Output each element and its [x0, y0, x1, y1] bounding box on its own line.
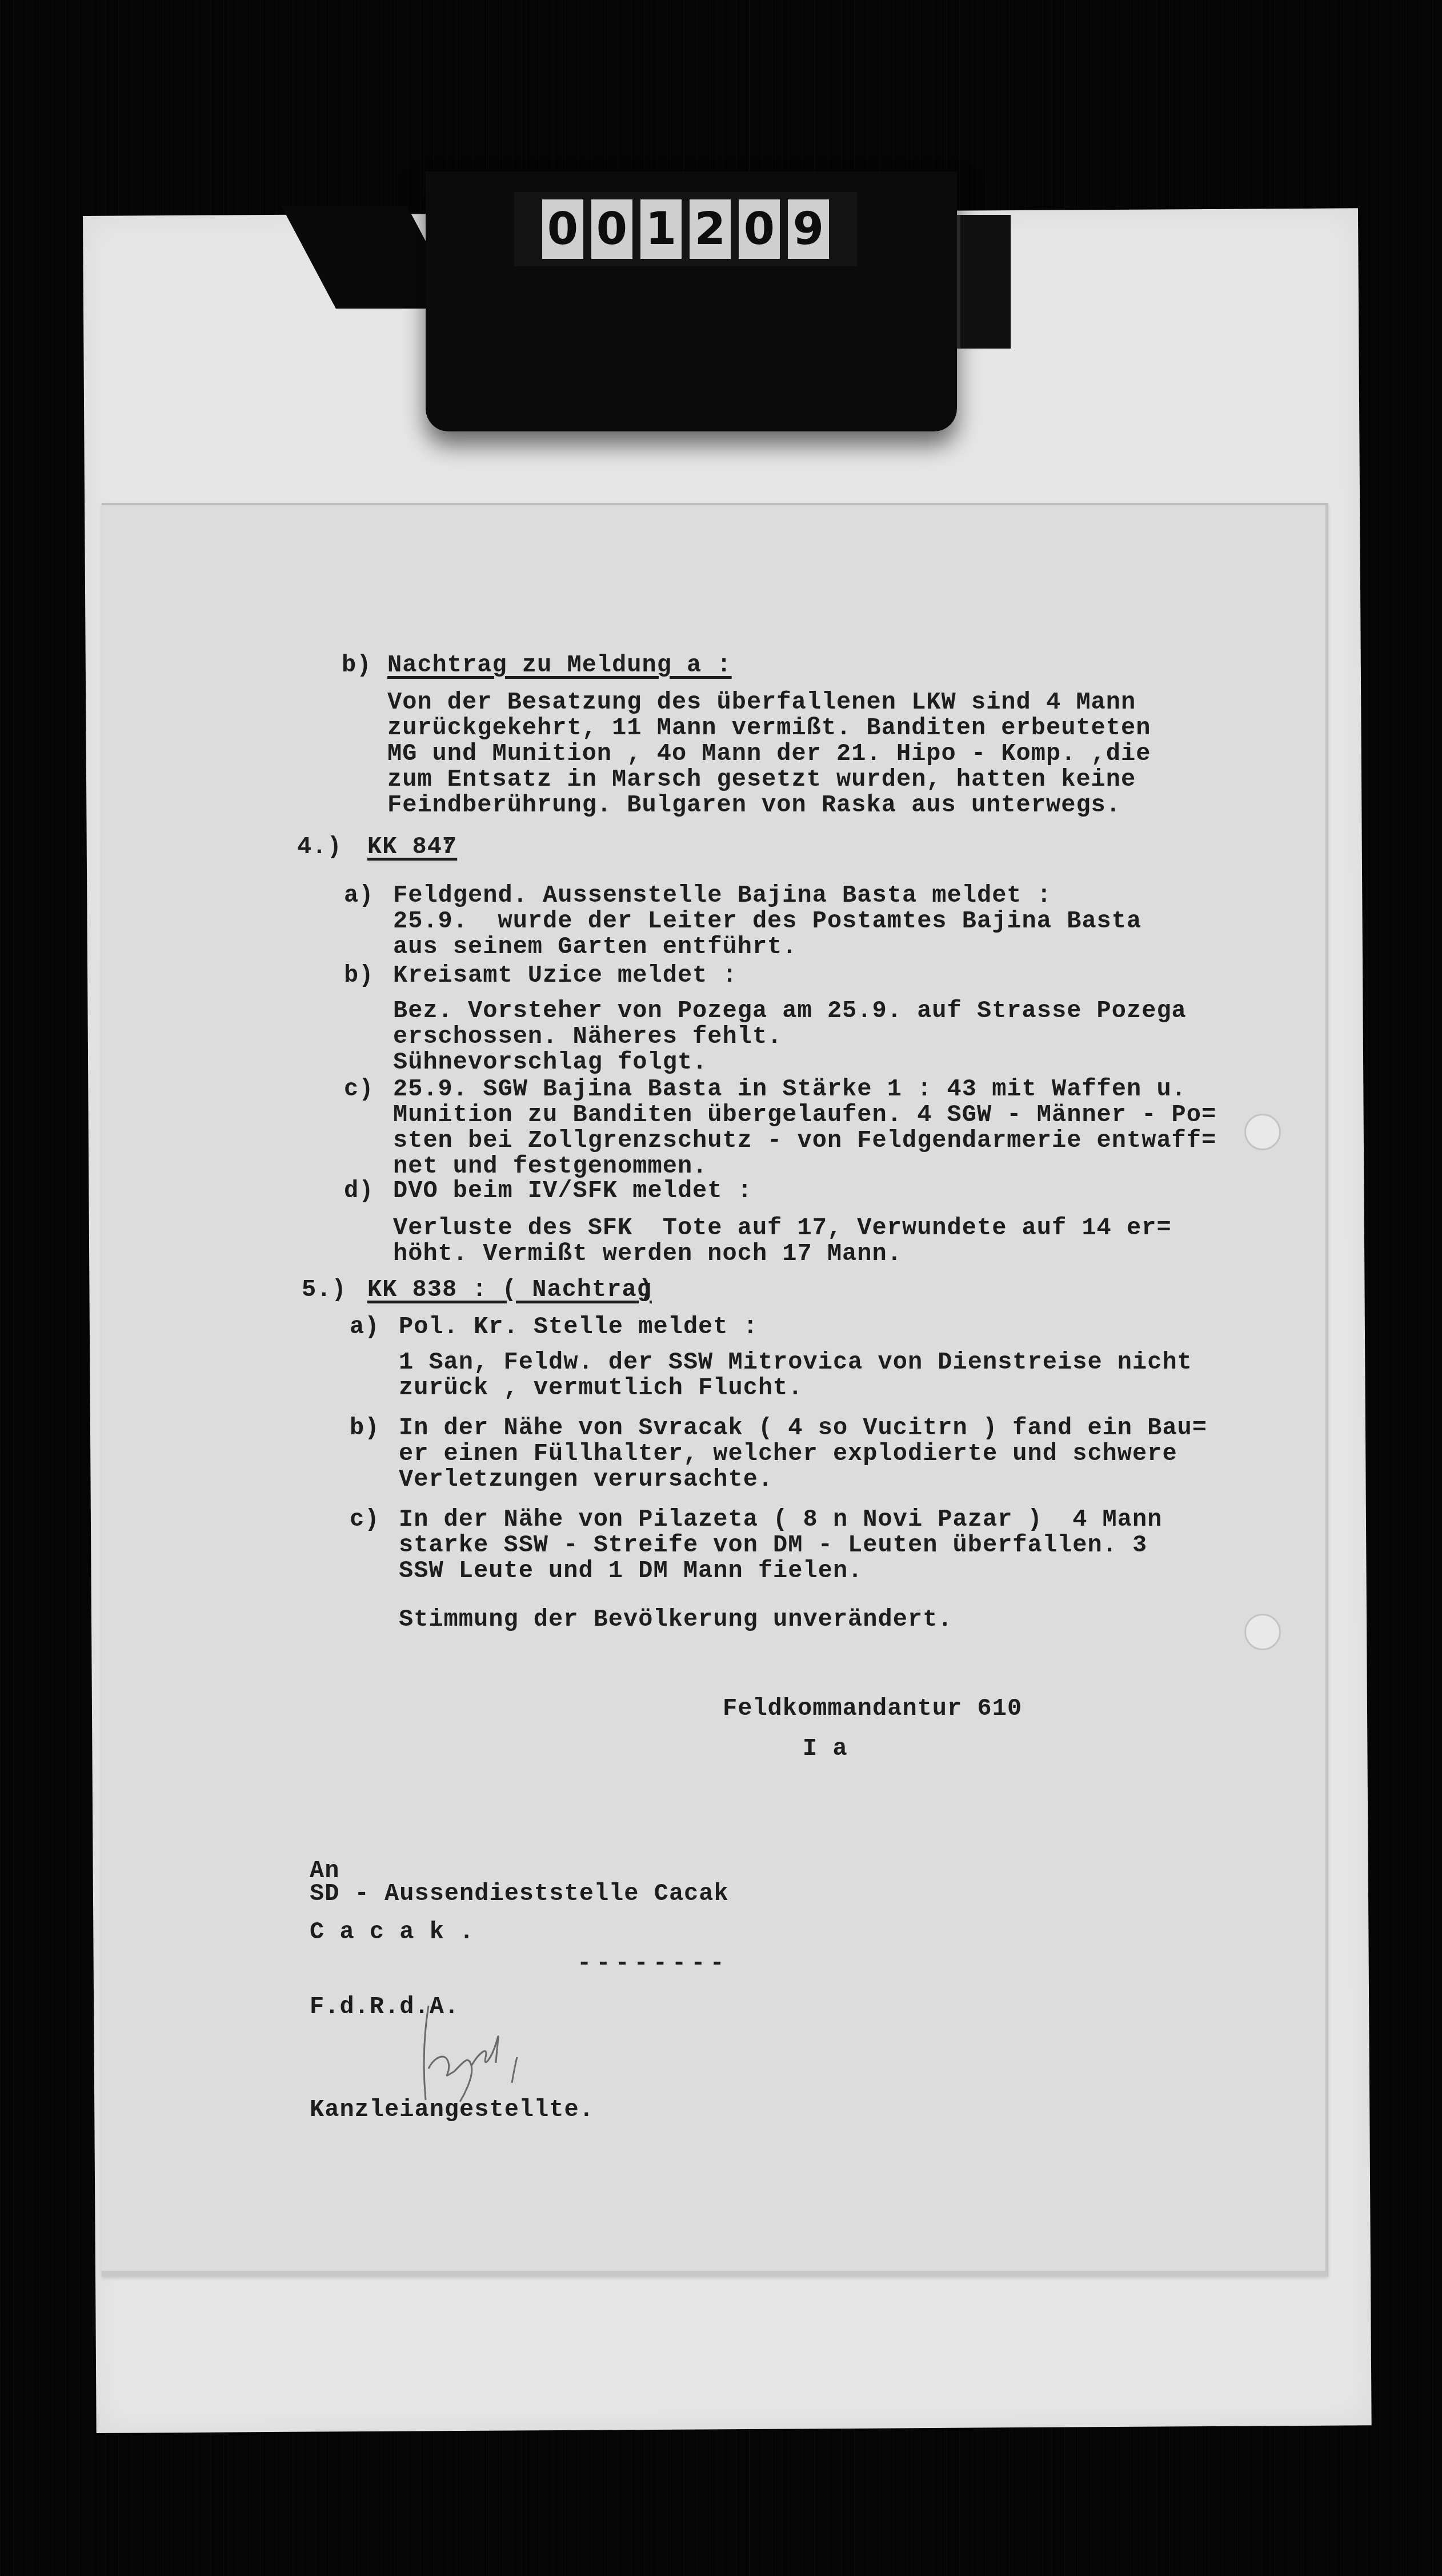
- text-line: Pol. Kr. Stelle meldet :: [399, 1313, 758, 1341]
- text-line: starke SSW - Streife von DM - Leuten übe…: [399, 1531, 1147, 1559]
- text-line: zum Entsatz in Marsch gesetzt wurden, ha…: [387, 766, 1136, 794]
- issuing-unit: Feldkommandantur 610: [723, 1695, 1022, 1723]
- item-label: a): [344, 882, 374, 910]
- text-line: aus seinem Garten entführt.: [393, 933, 798, 961]
- text-line: Verluste des SFK Tote auf 17, Verwundete…: [393, 1214, 1172, 1242]
- text-line: In der Nähe von Pilazeta ( 8 n Novi Paza…: [399, 1506, 1162, 1534]
- text-line: 25.9. SGW Bajina Basta in Stärke 1 : 43 …: [393, 1075, 1187, 1103]
- section-number: 5.): [302, 1276, 347, 1304]
- item-label: b): [344, 962, 374, 990]
- item-label: b): [342, 651, 371, 679]
- text-line: MG und Munition , 4o Mann der 21. Hipo -…: [387, 740, 1151, 768]
- text-line: Bez. Vorsteher von Pozega am 25.9. auf S…: [393, 997, 1187, 1025]
- text-line: Sühnevorschlag folgt.: [393, 1049, 707, 1077]
- recipient-office: SD - Aussendiestst​elle Cacak: [310, 1880, 729, 1908]
- text-line: Verletzungen verursachte.: [399, 1466, 773, 1494]
- separator-line: --------: [577, 1950, 729, 1978]
- signatory-title: Kanzleiangestellte.: [310, 2096, 594, 2124]
- item-label: c): [344, 1075, 374, 1103]
- text-line: zurückgekehrt, 11 Mann vermißt. Banditen…: [387, 714, 1151, 742]
- recipient-city: C a c a k .: [310, 1918, 474, 1946]
- item-label: b): [350, 1414, 379, 1442]
- text-line: 1 San, Feldw. der SSW Mitrovica von Dien…: [399, 1349, 1192, 1377]
- document-text: b) Nachtrag zu Meldung a : Von der Besat…: [0, 0, 1442, 2576]
- text-line: Von der Besatzung des überfallenen LKW s…: [387, 689, 1136, 717]
- section-heading: Nachtrag zu Meldung a :: [387, 651, 732, 679]
- text-line: Feldgend. Aussenstelle Bajina Basta meld…: [393, 882, 1052, 910]
- text-line: 25.9. wurde der Leiter des Postamtes Baj…: [393, 907, 1141, 935]
- department: I a: [803, 1735, 848, 1763]
- heading-colon: :: [440, 833, 455, 861]
- text-line: In der Nähe von Svracak ( 4 so Vucitrn )…: [399, 1414, 1207, 1442]
- text-line: höht. Vermißt werden noch 17 Mann.: [393, 1240, 902, 1268]
- item-label: d): [344, 1177, 374, 1205]
- text-line: DVO beim IV/SFK meldet :: [393, 1177, 752, 1205]
- text-line: SSW Leute und 1 DM Mann fielen.: [399, 1557, 863, 1585]
- text-line: er einen Füllhalter, welcher explodierte…: [399, 1440, 1177, 1468]
- handwritten-signature-icon: [423, 2000, 560, 2103]
- section-heading: KK 838 : ( Nachtrag: [367, 1276, 652, 1304]
- heading-paren: ): [639, 1276, 654, 1304]
- item-label: a): [350, 1313, 379, 1341]
- text-line: erschossen. Näheres fehlt.: [393, 1023, 782, 1051]
- text-line: Feindberührung. Bulgaren von Raska aus u…: [387, 791, 1121, 819]
- text-line: Kreisamt Uzice meldet :: [393, 962, 738, 990]
- text-line: zurück , vermutlich Flucht.: [399, 1374, 803, 1402]
- item-label: c): [350, 1506, 379, 1534]
- section-number: 4.): [297, 833, 342, 861]
- closing-remark: Stimmung der Bevölkerung unverändert.: [399, 1606, 953, 1634]
- text-line: Munition zu Banditen übergelaufen. 4 SGW…: [393, 1101, 1216, 1129]
- text-line: sten bei Zollgrenzschutz - von Feldgenda…: [393, 1127, 1216, 1155]
- text-line: net und festgenommen.: [393, 1153, 707, 1181]
